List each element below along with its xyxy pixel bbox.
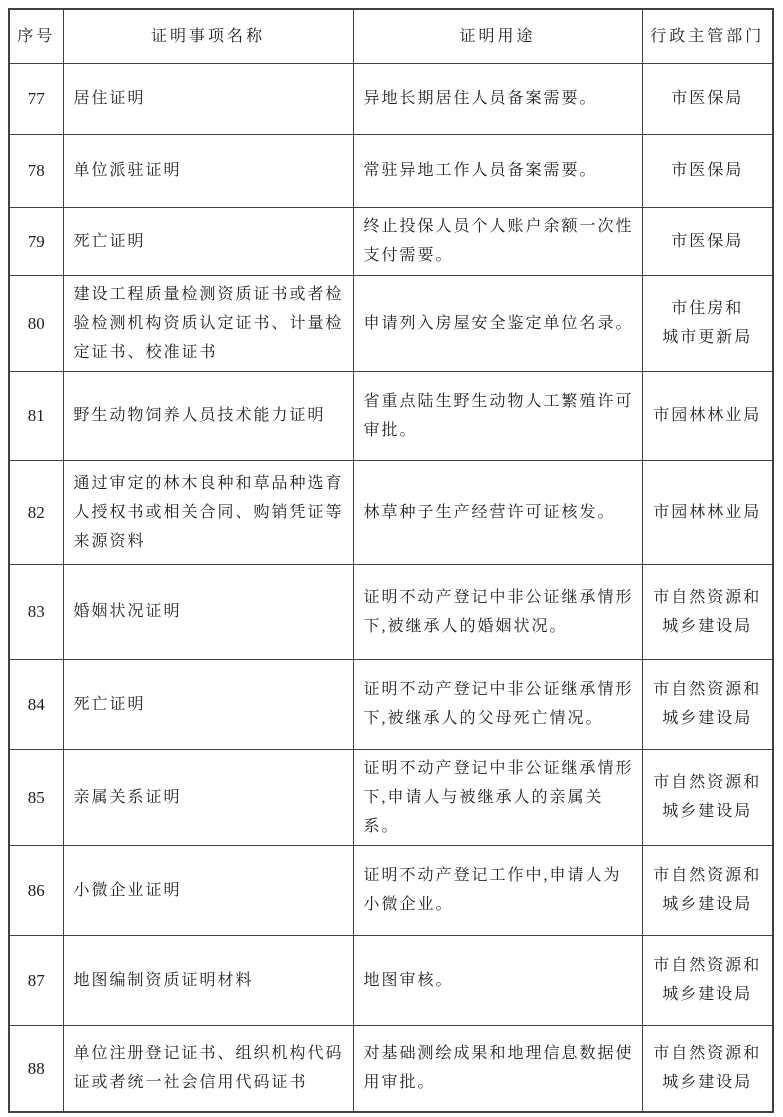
header-department: 行政主管部门 (642, 9, 773, 63)
purpose-cell: 证明不动产登记中非公证继承情形 下,申请人与被继承人的亲属关系。 (353, 749, 642, 845)
purpose-cell: 证明不动产登记工作中,申请人为 小微企业。 (353, 845, 642, 935)
header-seq-no: 序号 (9, 9, 63, 63)
department-cell: 市医保局 (642, 207, 773, 275)
seq-no-cell: 87 (9, 935, 63, 1025)
table-row: 87 地图编制资质证明材料 地图审核。 市自然资源和 城乡建设局 (9, 935, 773, 1025)
header-row: 序号 证明事项名称 证明用途 行政主管部门 (9, 9, 773, 63)
department-cell: 市自然资源和 城乡建设局 (642, 659, 773, 749)
seq-no-cell: 84 (9, 659, 63, 749)
table-row: 80 建设工程质量检测资质证书或者检 验检测机构资质认定证书、计量检 定证书、校… (9, 275, 773, 371)
seq-no-cell: 80 (9, 275, 63, 371)
department-cell: 市医保局 (642, 63, 773, 134)
header-item-name: 证明事项名称 (63, 9, 353, 63)
item-name-cell: 亲属关系证明 (63, 749, 353, 845)
department-cell: 市自然资源和 城乡建设局 (642, 845, 773, 935)
item-name-cell: 死亡证明 (63, 659, 353, 749)
purpose-cell: 异地长期居住人员备案需要。 (353, 63, 642, 134)
item-name-cell: 单位派驻证明 (63, 134, 353, 207)
item-name-cell: 建设工程质量检测资质证书或者检 验检测机构资质认定证书、计量检 定证书、校准证书 (63, 275, 353, 371)
seq-no-cell: 79 (9, 207, 63, 275)
certificates-table: 序号 证明事项名称 证明用途 行政主管部门 77 居住证明 异地长期居住人员备案… (8, 8, 774, 1113)
department-cell: 市园林林业局 (642, 371, 773, 460)
purpose-cell: 省重点陆生野生动物人工繁殖许可 审批。 (353, 371, 642, 460)
table-row: 86 小微企业证明 证明不动产登记工作中,申请人为 小微企业。 市自然资源和 城… (9, 845, 773, 935)
purpose-cell: 终止投保人员个人账户余额一次性 支付需要。 (353, 207, 642, 275)
table-row: 82 通过审定的林木良种和草品种选育 人授权书或相关合同、购销凭证等 来源资料 … (9, 460, 773, 564)
item-name-cell: 小微企业证明 (63, 845, 353, 935)
seq-no-cell: 86 (9, 845, 63, 935)
item-name-cell: 婚姻状况证明 (63, 564, 353, 659)
purpose-cell: 地图审核。 (353, 935, 642, 1025)
seq-no-cell: 78 (9, 134, 63, 207)
table-row: 81 野生动物饲养人员技术能力证明 省重点陆生野生动物人工繁殖许可 审批。 市园… (9, 371, 773, 460)
department-cell: 市自然资源和 城乡建设局 (642, 749, 773, 845)
purpose-cell: 申请列入房屋安全鉴定单位名录。 (353, 275, 642, 371)
purpose-cell: 常驻异地工作人员备案需要。 (353, 134, 642, 207)
department-cell: 市自然资源和 城乡建设局 (642, 935, 773, 1025)
department-cell: 市自然资源和 城乡建设局 (642, 1025, 773, 1112)
table-row: 83 婚姻状况证明 证明不动产登记中非公证继承情形 下,被继承人的婚姻状况。 市… (9, 564, 773, 659)
table-row: 78 单位派驻证明 常驻异地工作人员备案需要。 市医保局 (9, 134, 773, 207)
department-cell: 市住房和 城市更新局 (642, 275, 773, 371)
document-page: 序号 证明事项名称 证明用途 行政主管部门 77 居住证明 异地长期居住人员备案… (8, 8, 772, 1113)
seq-no-cell: 81 (9, 371, 63, 460)
department-cell: 市园林林业局 (642, 460, 773, 564)
header-purpose: 证明用途 (353, 9, 642, 63)
purpose-cell: 对基础测绘成果和地理信息数据使 用审批。 (353, 1025, 642, 1112)
item-name-cell: 通过审定的林木良种和草品种选育 人授权书或相关合同、购销凭证等 来源资料 (63, 460, 353, 564)
seq-no-cell: 88 (9, 1025, 63, 1112)
item-name-cell: 野生动物饲养人员技术能力证明 (63, 371, 353, 460)
table-row: 84 死亡证明 证明不动产登记中非公证继承情形 下,被继承人的父母死亡情况。 市… (9, 659, 773, 749)
seq-no-cell: 85 (9, 749, 63, 845)
item-name-cell: 单位注册登记证书、组织机构代码 证或者统一社会信用代码证书 (63, 1025, 353, 1112)
table-row: 88 单位注册登记证书、组织机构代码 证或者统一社会信用代码证书 对基础测绘成果… (9, 1025, 773, 1112)
item-name-cell: 地图编制资质证明材料 (63, 935, 353, 1025)
item-name-cell: 死亡证明 (63, 207, 353, 275)
seq-no-cell: 82 (9, 460, 63, 564)
purpose-cell: 证明不动产登记中非公证继承情形 下,被继承人的父母死亡情况。 (353, 659, 642, 749)
item-name-cell: 居住证明 (63, 63, 353, 134)
seq-no-cell: 83 (9, 564, 63, 659)
purpose-cell: 证明不动产登记中非公证继承情形 下,被继承人的婚姻状况。 (353, 564, 642, 659)
seq-no-cell: 77 (9, 63, 63, 134)
table-row: 77 居住证明 异地长期居住人员备案需要。 市医保局 (9, 63, 773, 134)
table-row: 85 亲属关系证明 证明不动产登记中非公证继承情形 下,申请人与被继承人的亲属关… (9, 749, 773, 845)
purpose-cell: 林草种子生产经营许可证核发。 (353, 460, 642, 564)
table-row: 79 死亡证明 终止投保人员个人账户余额一次性 支付需要。 市医保局 (9, 207, 773, 275)
department-cell: 市医保局 (642, 134, 773, 207)
department-cell: 市自然资源和 城乡建设局 (642, 564, 773, 659)
